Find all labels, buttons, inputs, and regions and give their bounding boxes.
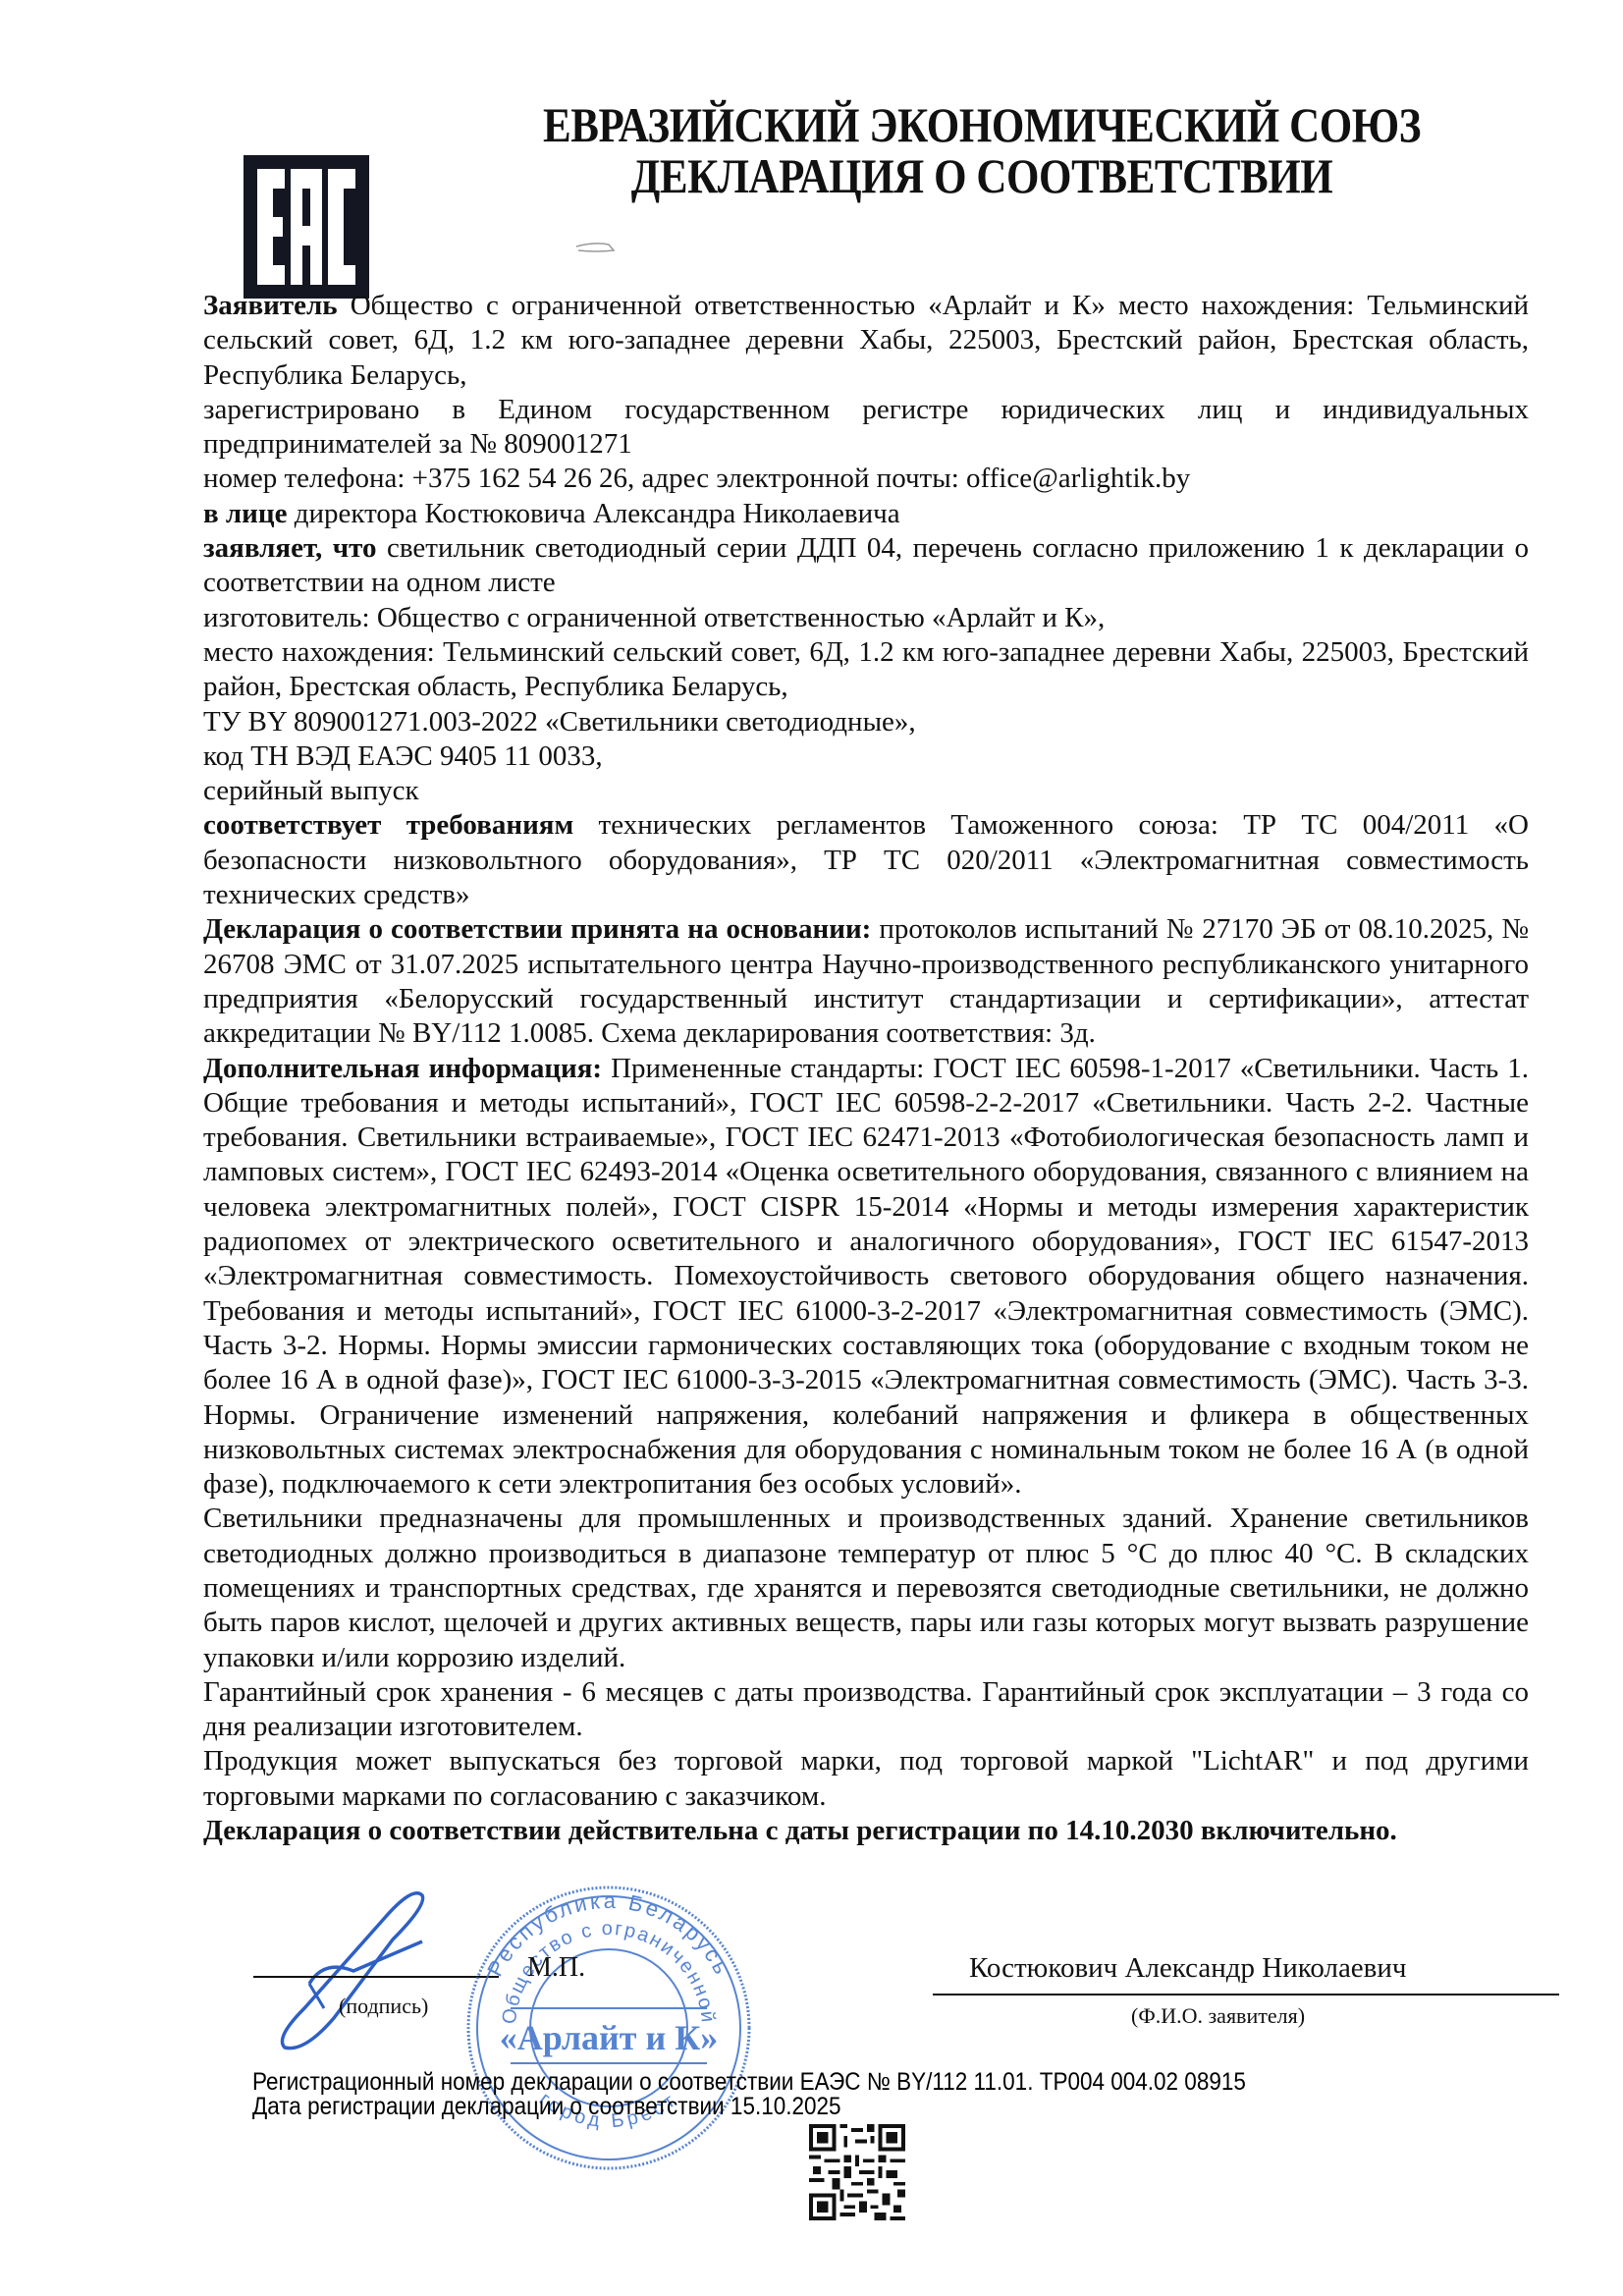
product-text: светильник светодиодный серии ДДП 04, пе… <box>203 532 1529 598</box>
compliance-label: соответствует требованиям <box>203 809 573 841</box>
warranty-paragraph: Гарантийный срок хранения - 6 месяцев с … <box>203 1675 1529 1745</box>
storage-paragraph: Светильники предназначены для промышленн… <box>203 1502 1529 1674</box>
basis-label: Декларация о соответствии принята на осн… <box>203 913 871 945</box>
union-title: ЕВРАЗИЙСКИЙ ЭКОНОМИЧЕСКИЙ СОЮЗ <box>534 96 1430 153</box>
standards-text: Примененные стандарты: ГОСТ IEC 60598-1-… <box>203 1053 1529 1501</box>
represented-text: директора Костюковича Александра Николае… <box>295 498 900 529</box>
registration-info: Регистрационный номер декларации о соотв… <box>252 2070 1356 2119</box>
represented-label: в лице <box>203 498 287 529</box>
additional-paragraph: Дополнительная информация: Примененные с… <box>203 1052 1529 1503</box>
validity-paragraph: Декларация о соответствии действительна … <box>203 1814 1529 1848</box>
declaration-body: Заявитель Общество с ограниченной ответс… <box>203 289 1529 1848</box>
declares-paragraph: заявляет, что светильник светодиодный се… <box>203 531 1529 601</box>
document-title: ДЕКЛАРАЦИЯ О СООТВЕТСТВИИ <box>534 147 1430 204</box>
tech-spec: ТУ BY 809001271.003-2022 «Светильники св… <box>203 705 1529 739</box>
registration-paragraph: зарегистрировано в Едином государственно… <box>203 393 1529 463</box>
company-stamp-icon: Республика Беларусь Общество с ограничен… <box>461 1881 756 2175</box>
signature-caption: (подпись) <box>339 1994 428 2019</box>
scan-mark-icon <box>574 239 623 258</box>
declares-label: заявляет, что <box>203 532 377 564</box>
additional-label: Дополнительная информация: <box>203 1053 602 1084</box>
contacts-paragraph: номер телефона: +375 162 54 26 26, адрес… <box>203 462 1529 496</box>
stamp-center: «Арлайт и К» <box>500 2018 719 2057</box>
name-caption: (Ф.И.О. заявителя) <box>1131 2003 1305 2029</box>
registration-date: Дата регистрации декларации о соответств… <box>252 2095 1246 2119</box>
production-type: серийный выпуск <box>203 774 1529 808</box>
applicant-text: Общество с ограниченной ответственностью… <box>203 290 1529 391</box>
applicant-paragraph: Заявитель Общество с ограниченной ответс… <box>203 289 1529 393</box>
applicant-label: Заявитель <box>203 290 338 321</box>
manufacturer-paragraph: изготовитель: Общество с ограниченной от… <box>203 601 1529 635</box>
validity-text: Декларация о соответствии действительна … <box>203 1815 1397 1846</box>
qr-code[interactable] <box>808 2124 906 2220</box>
handwritten-signature-icon <box>265 1881 481 2057</box>
eac-logo <box>243 155 369 299</box>
compliance-paragraph: соответствует требованиям технических ре… <box>203 808 1529 912</box>
name-line <box>933 1994 1559 1995</box>
hs-code: код ТН ВЭД ЕАЭС 9405 11 0033, <box>203 739 1529 774</box>
basis-paragraph: Декларация о соответствии принята на осн… <box>203 912 1529 1051</box>
manufacturer-address: место нахождения: Тельминский сельский с… <box>203 635 1529 705</box>
seal-label: М.П. <box>527 1952 585 1984</box>
registration-number: Регистрационный номер декларации о соотв… <box>252 2070 1246 2095</box>
represented-paragraph: в лице директора Костюковича Александра … <box>203 497 1529 531</box>
applicant-name: Костюкович Александр Николаевич <box>969 1952 1406 1985</box>
trademark-paragraph: Продукция может выпускаться без торговой… <box>203 1744 1529 1814</box>
eac-mark-icon <box>243 155 369 299</box>
